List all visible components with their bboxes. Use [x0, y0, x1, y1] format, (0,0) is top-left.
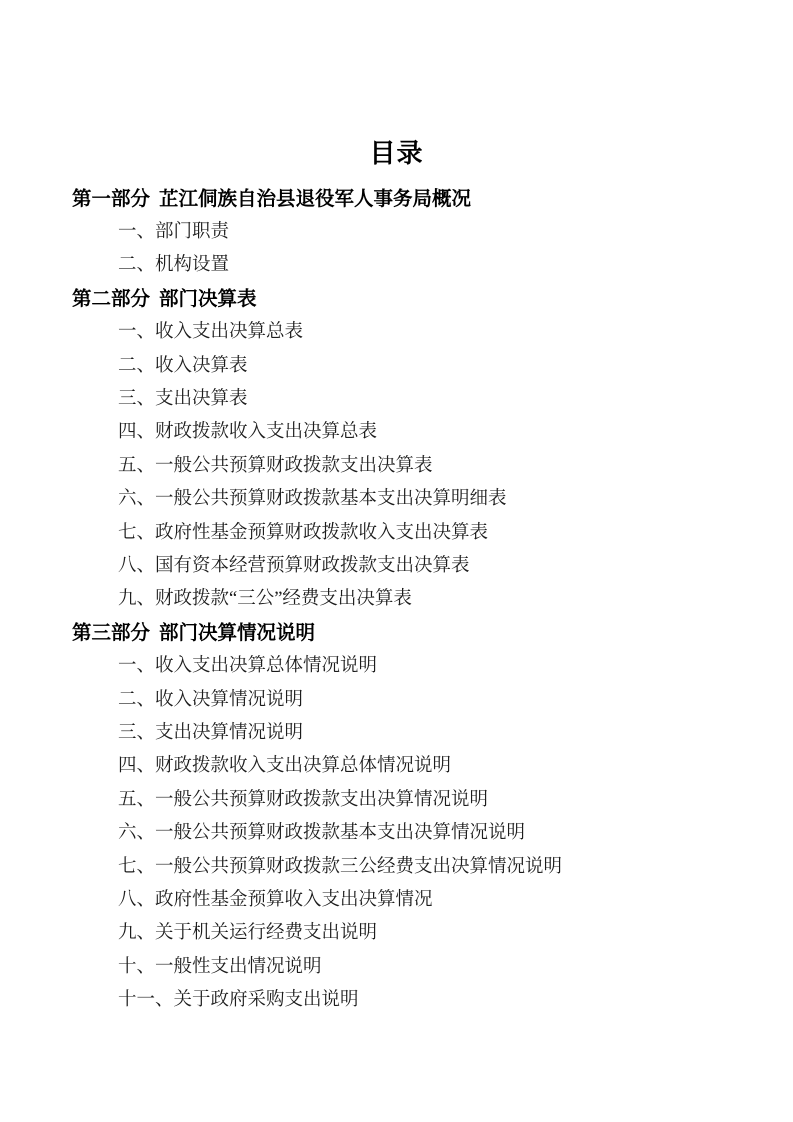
toc-item: 二、机构设置 [0, 247, 793, 280]
toc-section-label: 第二部分 [72, 283, 150, 311]
toc-item: 九、关于机关运行经费支出说明 [0, 915, 793, 948]
toc-section-label: 第一部分 [72, 183, 150, 211]
toc-item: 四、财政拨款收入支出决算总体情况说明 [0, 748, 793, 781]
toc-item: 九、财政拨款“三公”经费支出决算表 [0, 581, 793, 614]
toc-item-label: 六、一般公共预算财政拨款基本支出决算明细表 [118, 484, 507, 510]
toc-item-label: 七、政府性基金预算财政拨款收入支出决算表 [118, 518, 488, 544]
toc-section-title: 部门决算表 [159, 283, 257, 311]
table-of-contents: 第一部分 芷江侗族自治县退役军人事务局概况 一、部门职责 二、机构设置 第二部分… [0, 180, 793, 1015]
toc-item-label: 二、收入决算情况说明 [118, 685, 303, 711]
toc-section-title: 芷江侗族自治县退役军人事务局概况 [159, 183, 471, 211]
toc-item: 十、一般性支出情况说明 [0, 948, 793, 981]
toc-item-label: 二、收入决算表 [118, 351, 248, 377]
toc-item: 五、一般公共预算财政拨款支出决算情况说明 [0, 781, 793, 814]
toc-item: 八、国有资本经营预算财政拨款支出决算表 [0, 547, 793, 580]
toc-item: 五、一般公共预算财政拨款支出决算表 [0, 447, 793, 480]
toc-item-label: 三、支出决算情况说明 [118, 718, 303, 744]
toc-item-label: 六、一般公共预算财政拨款基本支出决算情况说明 [118, 818, 525, 844]
toc-section-heading: 第一部分 芷江侗族自治县退役军人事务局概况 [0, 180, 793, 213]
toc-item-label: 二、机构设置 [118, 250, 229, 276]
toc-item-label: 九、财政拨款“三公”经费支出决算表 [118, 584, 412, 610]
toc-item-label: 一、收入支出决算总体情况说明 [118, 651, 377, 677]
toc-item: 四、财政拨款收入支出决算总表 [0, 414, 793, 447]
toc-item-label: 四、财政拨款收入支出决算总表 [118, 417, 377, 443]
toc-item-label: 八、政府性基金预算收入支出决算情况 [118, 885, 433, 911]
toc-item: 一、部门职责 [0, 213, 793, 246]
toc-item-label: 九、关于机关运行经费支出说明 [118, 918, 377, 944]
toc-item-label: 五、一般公共预算财政拨款支出决算表 [118, 451, 433, 477]
document-page: 目录 第一部分 芷江侗族自治县退役军人事务局概况 一、部门职责 二、机构设置 第… [0, 0, 793, 1122]
toc-item: 一、收入支出决算总体情况说明 [0, 647, 793, 680]
toc-item: 三、支出决算情况说明 [0, 714, 793, 747]
toc-item: 七、政府性基金预算财政拨款收入支出决算表 [0, 514, 793, 547]
toc-section-heading: 第二部分 部门决算表 [0, 280, 793, 313]
toc-item-label: 八、国有资本经营预算财政拨款支出决算表 [118, 551, 470, 577]
toc-item-label: 十一、关于政府采购支出说明 [118, 985, 359, 1011]
toc-item: 六、一般公共预算财政拨款基本支出决算明细表 [0, 481, 793, 514]
toc-section-title: 部门决算情况说明 [159, 617, 315, 645]
page-title: 目录 [0, 0, 793, 168]
toc-item-label: 五、一般公共预算财政拨款支出决算情况说明 [118, 785, 488, 811]
toc-section-heading: 第三部分 部门决算情况说明 [0, 614, 793, 647]
toc-item: 六、一般公共预算财政拨款基本支出决算情况说明 [0, 814, 793, 847]
toc-item: 八、政府性基金预算收入支出决算情况 [0, 881, 793, 914]
toc-item: 三、支出决算表 [0, 380, 793, 413]
toc-item: 十一、关于政府采购支出说明 [0, 981, 793, 1014]
toc-item-label: 一、部门职责 [118, 217, 229, 243]
toc-item: 一、收入支出决算总表 [0, 314, 793, 347]
toc-item: 二、收入决算表 [0, 347, 793, 380]
toc-item-label: 一、收入支出决算总表 [118, 317, 303, 343]
toc-item-label: 七、一般公共预算财政拨款三公经费支出决算情况说明 [118, 852, 562, 878]
toc-item: 二、收入决算情况说明 [0, 681, 793, 714]
toc-item-label: 三、支出决算表 [118, 384, 248, 410]
toc-item: 七、一般公共预算财政拨款三公经费支出决算情况说明 [0, 848, 793, 881]
toc-section-label: 第三部分 [72, 617, 150, 645]
toc-item-label: 十、一般性支出情况说明 [118, 952, 322, 978]
toc-item-label: 四、财政拨款收入支出决算总体情况说明 [118, 751, 451, 777]
